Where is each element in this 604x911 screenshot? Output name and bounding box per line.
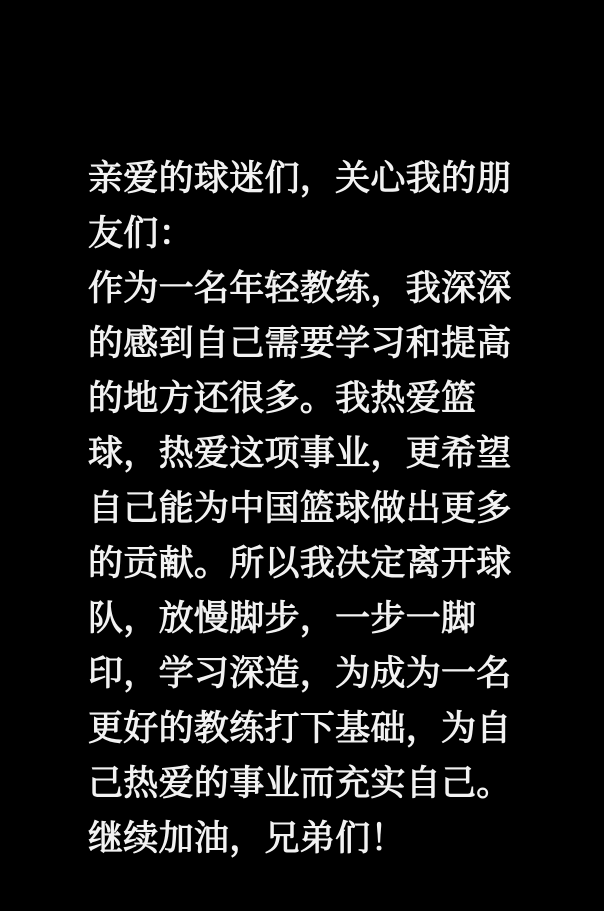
letter-line: 的感到自己需要学习和提高 — [88, 317, 488, 372]
letter-line: 自己能为中国篮球做出更多 — [88, 482, 488, 537]
letter-line: 的地方还很多。我热爱篮 — [88, 372, 488, 427]
letter-line: 队，放慢脚步，一步一脚 — [88, 592, 488, 647]
letter-line: 作为一名年轻教练，我深深 — [88, 262, 488, 317]
letter-line: 继续加油，兄弟们！ — [88, 812, 488, 867]
letter-line: 的贡献。所以我决定离开球 — [88, 537, 488, 592]
letter-text-block: 亲爱的球迷们，关心我的朋 友们： 作为一名年轻教练，我深深 的感到自己需要学习和… — [88, 152, 488, 867]
letter-line: 印，学习深造，为成为一名 — [88, 647, 488, 702]
letter-line: 亲爱的球迷们，关心我的朋 — [88, 152, 488, 207]
letter-line: 友们： — [88, 207, 488, 262]
letter-line: 己热爱的事业而充实自己。 — [88, 757, 488, 812]
letter-line: 更好的教练打下基础，为自 — [88, 702, 488, 757]
letter-line: 球，热爱这项事业，更希望 — [88, 427, 488, 482]
